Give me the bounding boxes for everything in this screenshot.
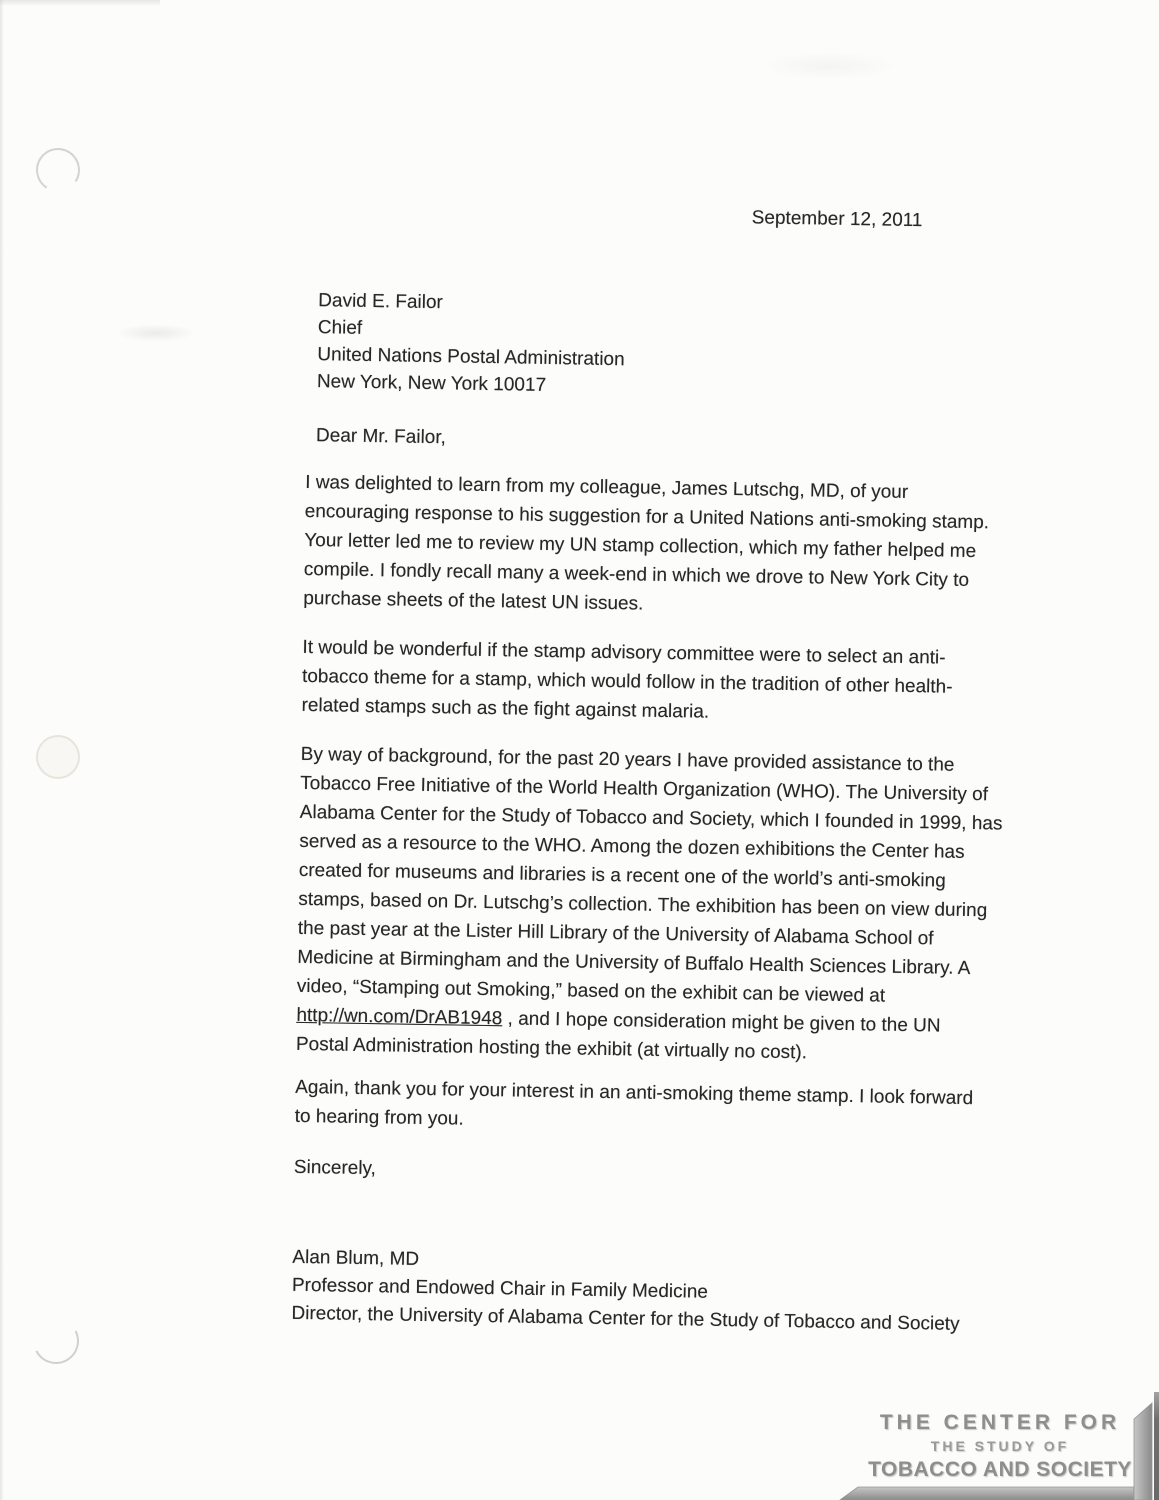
punch-hole-artifact (36, 735, 80, 779)
scan-smudge-artifact (116, 324, 196, 342)
exhibit-video-url-link[interactable]: http://wn.com/DrAB1948 (296, 1005, 502, 1029)
punch-hole-artifact (27, 1312, 85, 1370)
recipient-address-block: David E. Failor Chief United Nations Pos… (317, 287, 1109, 408)
letter-body: September 12, 2011 David E. Failor Chief… (291, 196, 1110, 1341)
paragraph-4: Again, thank you for your interest in an… (294, 1073, 1095, 1144)
punch-hole-artifact (32, 144, 84, 196)
closing: Sincerely, (294, 1153, 1094, 1195)
scanned-letter-page: September 12, 2011 David E. Failor Chief… (0, 0, 1159, 1500)
logo-corner-frame (820, 1395, 1159, 1500)
paragraph-2: It would be wonderful if the stamp advis… (301, 633, 1102, 733)
scan-right-edge-artifact (1154, 1392, 1159, 1500)
scan-left-edge-artifact (0, 0, 4, 1500)
paragraph-3-text-before-link: By way of background, for the past 20 ye… (297, 744, 1003, 1007)
scan-smudge-artifact (760, 52, 900, 80)
scan-top-edge-artifact (0, 0, 160, 6)
salutation: Dear Mr. Failor, (316, 421, 1106, 463)
letter-date: September 12, 2011 (751, 203, 1109, 238)
paragraph-1: I was delighted to learn from my colleag… (303, 468, 1105, 626)
paragraph-3: By way of background, for the past 20 ye… (296, 740, 1101, 1072)
signature-block: Alan Blum, MD Professor and Endowed Chai… (291, 1244, 1092, 1341)
